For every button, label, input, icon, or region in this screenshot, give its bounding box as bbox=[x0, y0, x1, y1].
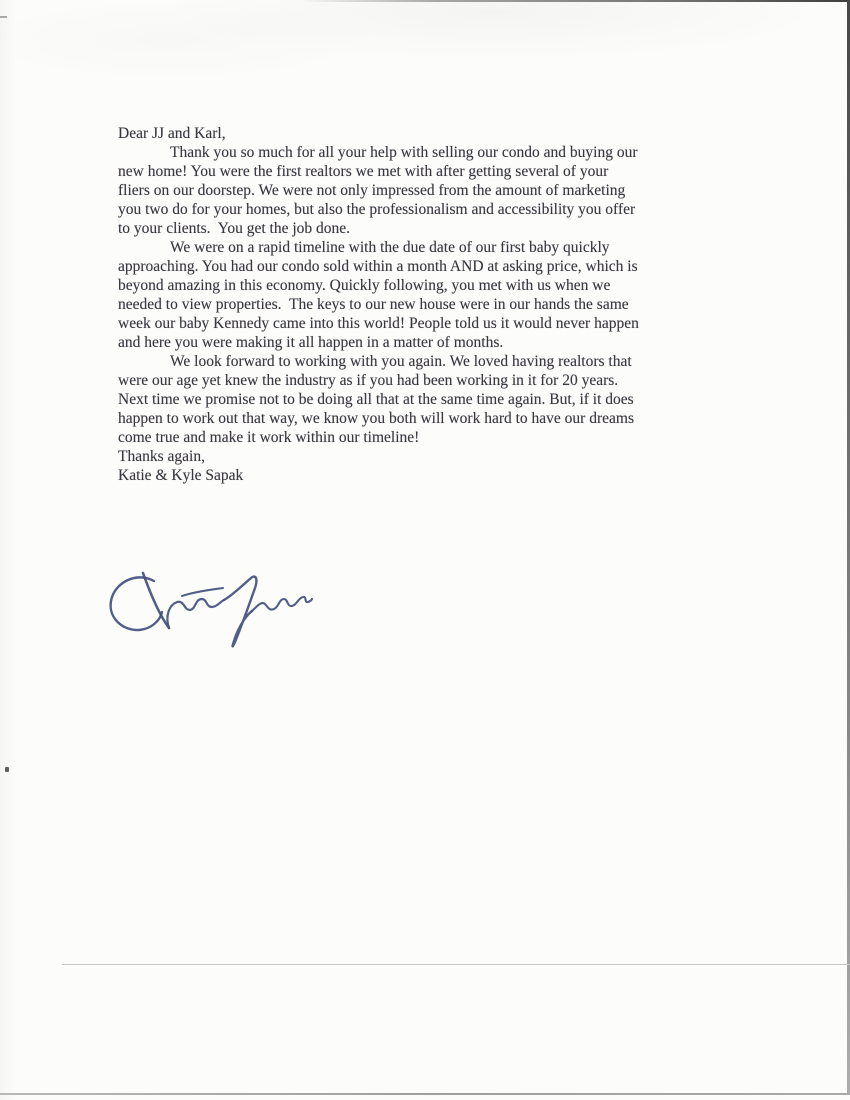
scan-artifact-speck-top bbox=[0, 16, 7, 18]
letter-closing: Thanks again, bbox=[118, 447, 722, 466]
letter-paragraph-2: We were on a rapid timeline with the due… bbox=[118, 238, 722, 352]
scan-artifact-bottom-edge bbox=[0, 1093, 850, 1095]
scanned-letter-page: Dear JJ and Karl, Thank you so much for … bbox=[0, 0, 850, 1100]
scan-artifact-speck bbox=[5, 767, 9, 772]
handwritten-signature bbox=[106, 571, 318, 651]
scan-artifact-faint-line bbox=[62, 964, 850, 965]
signature-stroke bbox=[182, 588, 223, 596]
scan-artifact-top-edge bbox=[300, 0, 850, 2]
letter-body: Dear JJ and Karl, Thank you so much for … bbox=[118, 124, 722, 485]
signature-stroke bbox=[143, 573, 169, 628]
signature-stroke bbox=[252, 597, 312, 611]
letter-greeting: Dear JJ and Karl, bbox=[118, 124, 722, 143]
signature-stroke bbox=[167, 599, 224, 628]
letter-paragraph-1: Thank you so much for all your help with… bbox=[118, 143, 722, 238]
letter-signed-name: Katie & Kyle Sapak bbox=[118, 466, 722, 485]
letter-paragraph-3: We look forward to working with you agai… bbox=[118, 352, 722, 447]
